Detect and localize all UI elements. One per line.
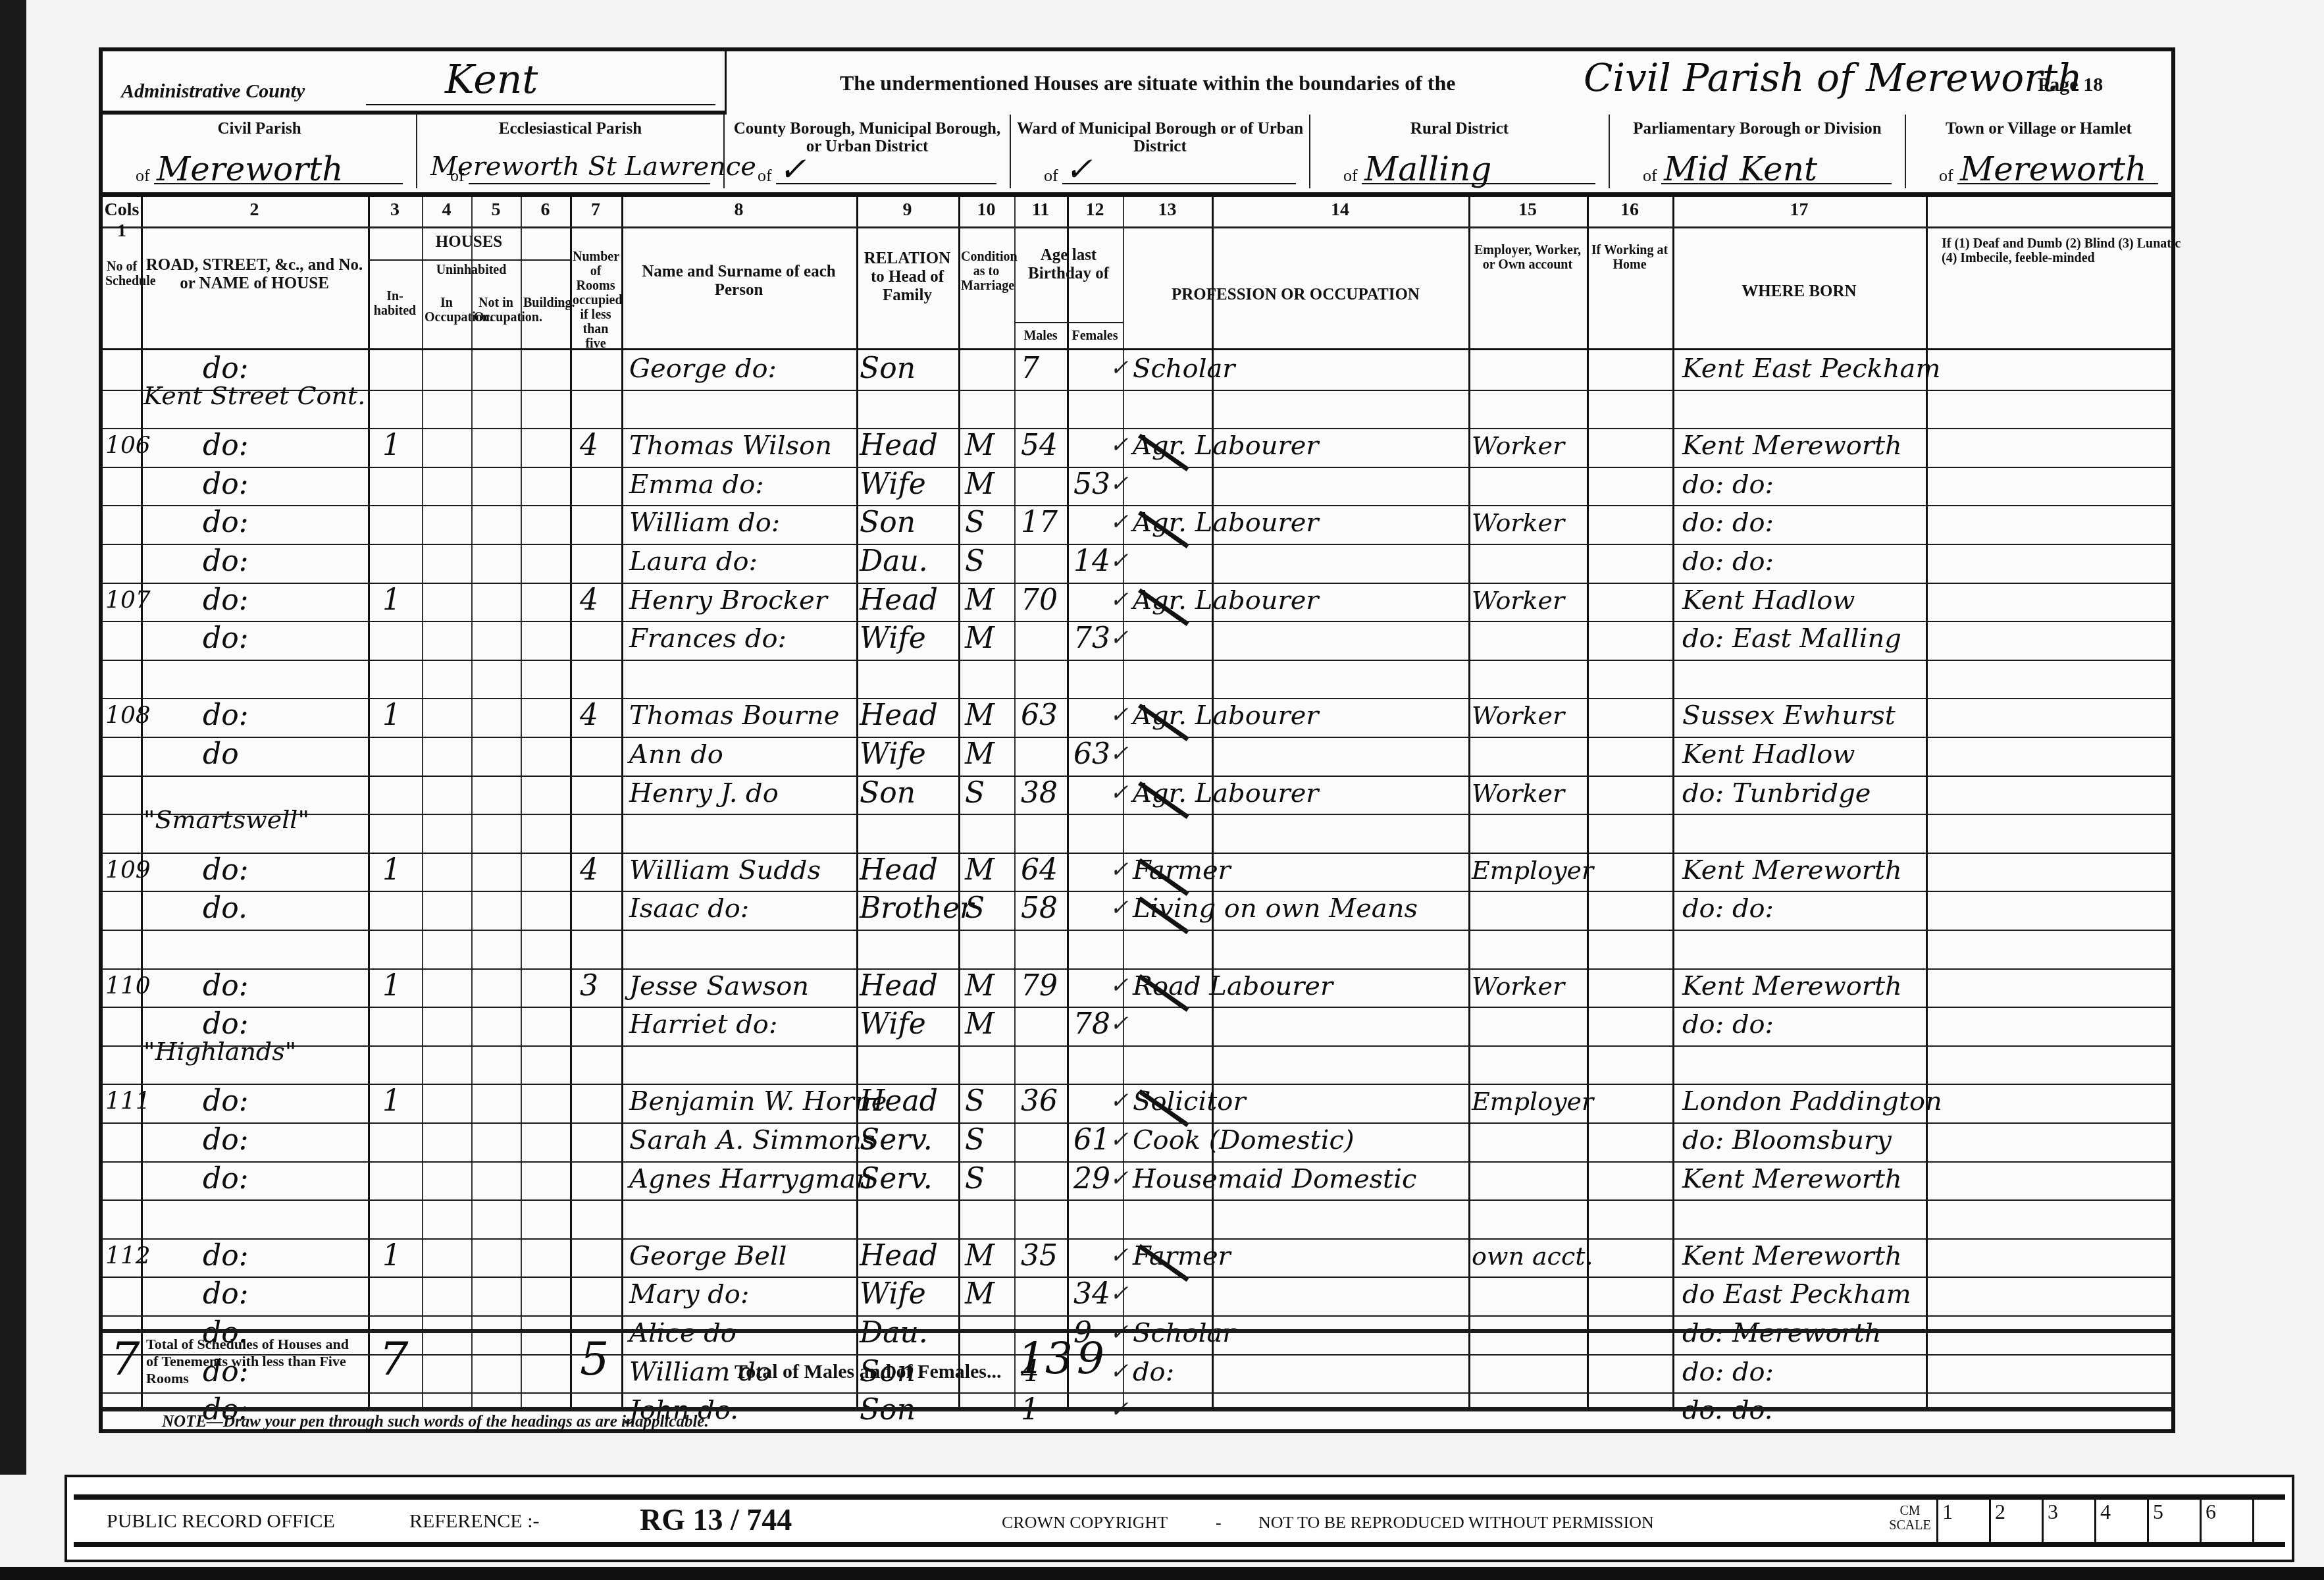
rooms-count: 4	[580, 854, 598, 887]
of-label: of	[136, 166, 150, 186]
age-male: 7	[1021, 352, 1039, 385]
column-number: 5	[471, 199, 521, 221]
column-header-c8: Name and Surname of each Person	[624, 263, 854, 300]
table-row: do:Sarah A. SimmonsServ.S61Cook (Domesti…	[103, 1122, 2171, 1161]
ecclesiastical-parish-label: Ecclesiastical Parish	[417, 115, 723, 138]
address: do:	[203, 584, 248, 617]
relation: Head	[860, 970, 938, 1003]
boundary-text: The undermentioned Houses are situate wi…	[840, 71, 1455, 95]
birthplace: Kent Mereworth	[1682, 970, 1902, 1003]
marital-condition: M	[965, 1008, 994, 1041]
marital-condition: S	[965, 892, 985, 925]
relation: Dau.	[860, 545, 928, 578]
totals-rule	[103, 1329, 2171, 1333]
schedule-number: 111	[105, 1085, 151, 1118]
admin-county-value: Kent	[445, 57, 538, 103]
age-rule	[1014, 322, 1123, 323]
age-female: 53	[1073, 468, 1110, 501]
column-header-c7: Number of Rooms occupied if less than fi…	[573, 250, 619, 351]
column-number: 8	[621, 199, 856, 221]
birthplace: Kent Mereworth	[1682, 854, 1902, 887]
birthplace: do: do:	[1682, 1008, 1774, 1041]
of-label: of	[1343, 166, 1358, 186]
age-male: 17	[1021, 506, 1058, 539]
column-header-c15: If Working at Home	[1589, 243, 1670, 272]
column-number: 16	[1587, 199, 1672, 221]
column-number: 6	[521, 199, 570, 221]
person-name: Benjamin W. Horne	[629, 1085, 887, 1118]
marital-condition: S	[965, 1163, 985, 1196]
marital-condition: M	[965, 699, 994, 732]
birthplace: Kent Mereworth	[1682, 1163, 1902, 1196]
person-name: Frances do:	[629, 622, 787, 655]
of-label: of	[1643, 166, 1657, 186]
age-male: 63	[1021, 699, 1058, 732]
check-mark: ✓	[1110, 895, 1129, 921]
county-borough-field: County Borough, Municipal Borough, or Ur…	[725, 115, 1011, 188]
person-name: Agnes Harrygman	[629, 1163, 873, 1196]
admin-county-label: Administrative County	[121, 80, 305, 103]
birthplace: Kent Hadlow	[1682, 738, 1855, 771]
total-rooms: 5	[580, 1342, 609, 1375]
check-mark: ✓	[1110, 1165, 1129, 1192]
town-village-field: Town or Village or HamletofMereworth	[1906, 115, 2171, 188]
schedule-number: 108	[105, 699, 151, 732]
inhabited-count: 1	[382, 1240, 401, 1273]
relation: Son	[860, 506, 916, 539]
scale-cell: 5	[2147, 1500, 2200, 1542]
marital-condition: M	[965, 970, 994, 1003]
check-mark: ✓	[1110, 779, 1129, 806]
inhabited-count: 1	[382, 1085, 401, 1118]
row-rule	[103, 1431, 2171, 1433]
total-males-females-label: Total of Males and of Females...	[735, 1361, 1002, 1383]
table-row: 110do:13Jesse SawsonHeadM79Road Labourer…	[103, 968, 2171, 1007]
underline	[469, 183, 710, 184]
column-header-c14: Employer, Worker, or Own account	[1471, 243, 1584, 272]
relation: Wife	[860, 738, 926, 771]
address: do:	[203, 622, 248, 655]
age-male: 36	[1021, 1085, 1058, 1118]
county-borough-value: ✓	[779, 150, 806, 188]
table-row	[103, 1199, 2171, 1238]
address: do:	[203, 970, 248, 1003]
check-mark: ✓	[1110, 355, 1129, 381]
birthplace: do: do:	[1682, 468, 1774, 501]
birthplace: do: do:	[1682, 545, 1774, 578]
address: "Smartswell"	[143, 803, 309, 836]
copyright: CROWN COPYRIGHT	[1002, 1513, 1168, 1533]
marital-condition: M	[965, 1240, 994, 1273]
of-label: of	[1044, 166, 1058, 186]
person-name: Henry J. do	[629, 777, 779, 810]
birthplace: Kent Mereworth	[1682, 429, 1902, 462]
address: do:	[203, 854, 248, 887]
person-name: George do:	[629, 352, 777, 385]
total-schedules-label: Total of Schedules of Houses and of Tene…	[146, 1336, 363, 1387]
column-header-c17: If (1) Deaf and Dumb (2) Blind (3) Lunat…	[1928, 236, 2182, 265]
rural-district-value: Malling	[1364, 150, 1491, 188]
parliamentary-borough-field: Parliamentary Borough or DivisionofMid K…	[1610, 115, 1906, 188]
check-mark: ✓	[1110, 625, 1129, 651]
rural-district-label: Rural District	[1310, 115, 1609, 138]
inhabited-count: 1	[382, 854, 401, 887]
age-male: 58	[1021, 892, 1058, 925]
relation: Wife	[860, 1278, 926, 1311]
relation: Wife	[860, 468, 926, 501]
total-females: 9	[1077, 1342, 1104, 1375]
table-row	[103, 660, 2171, 698]
column-header-c6: Building.	[523, 296, 567, 310]
scan-edge	[0, 1567, 2324, 1580]
address: do:	[203, 506, 248, 539]
marital-condition: M	[965, 429, 994, 462]
column-number: Cols 1	[103, 199, 141, 242]
inhabited-count: 1	[382, 699, 401, 732]
occupation: Agr. Labourer	[1133, 506, 1318, 539]
table-row: do:Frances do:WifeM73do: East Malling✓	[103, 621, 2171, 660]
occupation: Farmer	[1133, 1240, 1231, 1273]
table-row: do.Isaac do:BrotherS58Living on own Mean…	[103, 891, 2171, 930]
table-row	[103, 930, 2171, 968]
column-header-houses: HOUSES	[371, 233, 567, 251]
houses-rule	[368, 259, 570, 261]
age-female: 63	[1073, 738, 1110, 771]
check-mark: ✓	[1110, 1011, 1129, 1037]
person-name: William do:	[629, 506, 780, 539]
scale-cell: 1	[1936, 1500, 1989, 1542]
scale-cell: 3	[2042, 1500, 2094, 1542]
schedule-number: 106	[105, 429, 151, 462]
scale-cell: 4	[2094, 1500, 2147, 1542]
birthplace: do: do:	[1682, 506, 1774, 539]
person-name: Thomas Bourne	[629, 699, 839, 732]
column-number: 2	[141, 199, 368, 221]
person-name: Emma do:	[629, 468, 764, 501]
relation: Son	[860, 352, 916, 385]
rooms-count: 4	[580, 699, 598, 732]
age-female: 61	[1073, 1124, 1110, 1157]
birthplace: do: do:	[1682, 1356, 1774, 1388]
employment-status: Worker	[1472, 699, 1564, 732]
underline	[366, 104, 715, 105]
column-header-c11: Males	[1017, 329, 1064, 343]
table-row: do:Harriet do:WifeM78do: do:✓	[103, 1007, 2171, 1045]
rural-district-field: Rural DistrictofMalling	[1310, 115, 1610, 188]
marital-condition: M	[965, 738, 994, 771]
occupation: Agr. Labourer	[1133, 777, 1318, 810]
column-header-c5: Not in Occupation.	[474, 296, 518, 325]
birthplace: Kent East Peckham	[1682, 352, 1940, 385]
age-male: 35	[1021, 1240, 1058, 1273]
check-mark: ✓	[1110, 509, 1129, 535]
administrative-county-box: Administrative County Kent	[103, 51, 727, 115]
table-row: do:William doSon4do:do: do:✓	[103, 1354, 2171, 1393]
relation: Head	[860, 854, 938, 887]
column-number: 12	[1067, 199, 1123, 221]
table-row: 109do:14William SuddsHeadM64FarmerEmploy…	[103, 853, 2171, 891]
check-mark: ✓	[1110, 972, 1129, 999]
person-name: Jesse Sawson	[629, 970, 809, 1003]
column-header-c12: Females	[1070, 329, 1120, 343]
column-header-c10: Condition as to Marriage	[961, 250, 1012, 293]
column-number: 9	[856, 199, 958, 221]
relation: Dau.	[860, 1317, 928, 1350]
check-mark: ✓	[1110, 702, 1129, 728]
check-mark: ✓	[1110, 587, 1129, 613]
column-number: 14	[1212, 199, 1468, 221]
employment-status: Worker	[1472, 506, 1564, 539]
footer-rule	[74, 1494, 2285, 1500]
check-mark: ✓	[1110, 741, 1129, 767]
table-row: 112do:1George BellHeadM35Farmerown acct.…	[103, 1238, 2171, 1277]
underline	[776, 183, 996, 184]
scale-cell: 2	[1989, 1500, 2042, 1542]
address: do:	[203, 468, 248, 501]
table-row: 107do:14Henry BrockerHeadM70Agr. Laboure…	[103, 583, 2171, 621]
column-number: 10	[958, 199, 1014, 221]
table-row: doAnn doWifeM63Kent Hadlow✓	[103, 737, 2171, 776]
occupation: Agr. Labourer	[1133, 584, 1318, 617]
boundary-value: Civil Parish of Mereworth	[1584, 55, 2082, 100]
birthplace: do: Tunbridge	[1682, 777, 1871, 810]
county-borough-label: County Borough, Municipal Borough, or Ur…	[725, 115, 1010, 155]
inhabited-count: 1	[382, 429, 401, 462]
column-header-c2: ROAD, STREET, &c., and No. or NAME of HO…	[143, 256, 365, 293]
relation: Son	[860, 777, 916, 810]
marital-condition: S	[965, 1085, 985, 1118]
occupation: Scholar	[1133, 1317, 1235, 1350]
age-female: 29	[1073, 1163, 1110, 1196]
birthplace: London Paddington	[1682, 1085, 1942, 1118]
ecclesiastical-parish-field: Ecclesiastical ParishofMereworth St Lawr…	[417, 115, 725, 188]
schedule-number: 110	[105, 970, 151, 1003]
ward-field: Ward of Municipal Borough or of Urban Di…	[1011, 115, 1310, 188]
occupation: Agr. Labourer	[1133, 699, 1318, 732]
parliamentary-borough-value: Mid Kent	[1664, 150, 1817, 188]
column-number: 13	[1123, 199, 1212, 221]
employment-status: Employer	[1472, 854, 1593, 887]
person-name: Harriet do:	[629, 1008, 777, 1041]
marital-condition: M	[965, 468, 994, 501]
birthplace: do: Mereworth	[1682, 1317, 1882, 1350]
civil-parish-label: Civil Parish	[103, 115, 416, 138]
birthplace: do: East Malling	[1682, 622, 1901, 655]
marital-condition: S	[965, 545, 985, 578]
relation: Brother	[860, 892, 973, 925]
birthplace: do East Peckham	[1682, 1278, 1911, 1311]
total-schedules: 7	[111, 1342, 140, 1375]
census-page: Administrative County Kent The underment…	[99, 47, 2175, 1433]
address: do:	[203, 699, 248, 732]
archive-footer: PUBLIC RECORD OFFICE REFERENCE :- RG 13 …	[65, 1475, 2294, 1562]
relation: Head	[860, 1240, 938, 1273]
table-row: do:Agnes HarrygmanServ.S29Housemaid Dome…	[103, 1161, 2171, 1200]
of-label: of	[758, 166, 772, 186]
occupation: Agr. Labourer	[1133, 429, 1318, 462]
table-row: 111do:1Benjamin W. HorneHeadS36Solicitor…	[103, 1084, 2171, 1122]
marital-condition: M	[965, 1278, 994, 1311]
table-row: Kent Street Cont.	[103, 390, 2171, 429]
column-header-c11-12: Age last Birthday of	[1017, 246, 1120, 283]
ward-value: ✓	[1065, 150, 1093, 188]
age-female: 34	[1073, 1278, 1110, 1311]
birthplace: do: Bloomsbury	[1682, 1124, 1892, 1157]
occupation: Scholar	[1133, 352, 1235, 385]
check-mark: ✓	[1110, 1126, 1129, 1153]
column-number: 17	[1672, 199, 1926, 221]
town-village-value: Mereworth	[1960, 150, 2146, 188]
occupation: Farmer	[1133, 854, 1231, 887]
person-name: George Bell	[629, 1240, 787, 1273]
check-mark: ✓	[1110, 1242, 1129, 1269]
column-header-c4: In Occupation.	[425, 296, 469, 325]
table-row: do:Alice doDau.9Scholardo: Mereworth✓	[103, 1315, 2171, 1354]
address: do:	[203, 1085, 248, 1118]
address: do.	[203, 892, 247, 925]
person-name: Alice do	[629, 1317, 736, 1350]
civil-parish-field: Civil ParishofMereworth	[103, 115, 417, 188]
town-village-label: Town or Village or Hamlet	[1906, 115, 2171, 138]
reference-number: RG 13 / 744	[640, 1502, 792, 1537]
table-row: "Smartswell"	[103, 814, 2171, 853]
of-label: of	[1939, 166, 1953, 186]
instruction-note: NOTE—Draw your pen through such words of…	[162, 1413, 709, 1431]
check-mark: ✓	[1110, 1088, 1129, 1114]
address: "Highlands"	[143, 1035, 296, 1068]
footer-rule	[74, 1542, 2285, 1547]
employment-status: Worker	[1472, 584, 1564, 617]
marital-condition: M	[965, 622, 994, 655]
total-inhabited: 7	[379, 1342, 409, 1375]
person-name: Isaac do:	[629, 892, 749, 925]
table-row: do:Laura do:Dau.S14do: do:✓	[103, 544, 2171, 583]
schedule-number: 112	[105, 1240, 151, 1273]
occupation: Road Labourer	[1133, 970, 1333, 1003]
table-row: "Highlands"	[103, 1045, 2171, 1084]
occupation: Cook (Domestic)	[1133, 1124, 1354, 1157]
inhabited-count: 1	[382, 970, 401, 1003]
birthplace: Sussex Ewhurst	[1682, 699, 1896, 732]
relation: Head	[860, 584, 938, 617]
table-row: do:William do:SonS17Agr. LabourerWorkerd…	[103, 505, 2171, 544]
person-name: William Sudds	[629, 854, 821, 887]
page-number: Page 18	[2038, 74, 2103, 96]
check-mark: ✓	[1110, 471, 1129, 497]
rooms-count: 4	[580, 429, 598, 462]
birthplace: Kent Mereworth	[1682, 1240, 1902, 1273]
age-female: 14	[1073, 545, 1110, 578]
marital-condition: S	[965, 777, 985, 810]
birthplace: Kent Hadlow	[1682, 584, 1855, 617]
separator: -	[1216, 1513, 1222, 1533]
total-males: 13	[1018, 1342, 1073, 1375]
marital-condition: S	[965, 1124, 985, 1157]
address: Kent Street Cont.	[143, 379, 365, 412]
address: do:	[203, 545, 248, 578]
marital-condition: M	[965, 854, 994, 887]
age-male: 38	[1021, 777, 1058, 810]
table-row: do:Mary do:WifeM34do East Peckham✓	[103, 1277, 2171, 1315]
employment-status: Worker	[1472, 429, 1564, 462]
header-rule	[103, 226, 2171, 228]
office-name: PUBLIC RECORD OFFICE	[107, 1510, 335, 1533]
person-name: Thomas Wilson	[629, 429, 832, 462]
column-header-c13: PROFESSION OR OCCUPATION	[1125, 286, 1466, 304]
relation: Serv.	[860, 1124, 933, 1157]
column-number: 11	[1014, 199, 1067, 221]
column-header-c16: WHERE BORN	[1675, 282, 1923, 301]
table-row: Henry J. doSonS38Agr. LabourerWorkerdo: …	[103, 776, 2171, 814]
check-mark: ✓	[1110, 1358, 1129, 1384]
address: do:	[203, 429, 248, 462]
age-female: 78	[1073, 1008, 1110, 1041]
relation: Serv.	[860, 1163, 933, 1196]
header-rule	[103, 348, 2171, 350]
scale-cell: 6	[2200, 1500, 2252, 1542]
schedule-number: 107	[105, 584, 151, 617]
age-male: 79	[1021, 970, 1058, 1003]
relation: Head	[860, 699, 938, 732]
employment-status: Worker	[1472, 777, 1564, 810]
employment-status: Employer	[1472, 1085, 1593, 1118]
column-header-c9: RELATION to Head of Family	[859, 250, 956, 305]
person-name: Sarah A. Simmons	[629, 1124, 875, 1157]
column-header-c3: In-habited	[371, 289, 419, 318]
relation: Head	[860, 429, 938, 462]
address: do:	[203, 1240, 248, 1273]
ecclesiastical-parish-value: Mereworth St Lawrence	[430, 151, 756, 182]
schedule-number: 109	[105, 854, 151, 887]
rooms-count: 3	[580, 970, 598, 1003]
check-mark: ✓	[1110, 548, 1129, 574]
birthplace: do: do:	[1682, 892, 1774, 925]
ward-label: Ward of Municipal Borough or of Urban Di…	[1011, 115, 1309, 155]
column-header-c1: No of Schedule	[105, 259, 138, 288]
check-mark: ✓	[1110, 432, 1129, 458]
address: do:	[203, 1124, 248, 1157]
cm-scale: CM SCALE 123456	[1884, 1500, 2324, 1542]
column-number: 15	[1468, 199, 1587, 221]
civil-parish-value: Mereworth	[157, 150, 343, 188]
column-number: 7	[570, 199, 621, 221]
scale-label: CM SCALE	[1884, 1500, 1936, 1542]
relation: Wife	[860, 622, 926, 655]
scale-end	[2252, 1500, 2324, 1542]
table-row: 108do:14Thomas BourneHeadM63Agr. Laboure…	[103, 698, 2171, 737]
check-mark: ✓	[1110, 856, 1129, 883]
address: do:	[203, 1163, 248, 1196]
marital-condition: S	[965, 506, 985, 539]
age-male: 54	[1021, 429, 1058, 462]
scan-edge	[0, 0, 26, 1475]
check-mark: ✓	[1110, 1280, 1129, 1307]
parliamentary-borough-label: Parliamentary Borough or Division	[1610, 115, 1905, 138]
person-name: Ann do	[629, 738, 723, 771]
employment-status: Worker	[1472, 970, 1564, 1003]
person-name: Mary do:	[629, 1278, 749, 1311]
rooms-count: 4	[580, 584, 598, 617]
relation: Head	[860, 1085, 938, 1118]
occupation: do:	[1133, 1356, 1174, 1388]
address: do:	[203, 1278, 248, 1311]
table-row: 106do:14Thomas WilsonHeadM54Agr. Laboure…	[103, 428, 2171, 467]
address: do	[203, 738, 239, 771]
column-number: 3	[368, 199, 422, 221]
permission-notice: NOT TO BE REPRODUCED WITHOUT PERMISSION	[1258, 1513, 1654, 1533]
column-number: 4	[422, 199, 471, 221]
age-male: 64	[1021, 854, 1058, 887]
